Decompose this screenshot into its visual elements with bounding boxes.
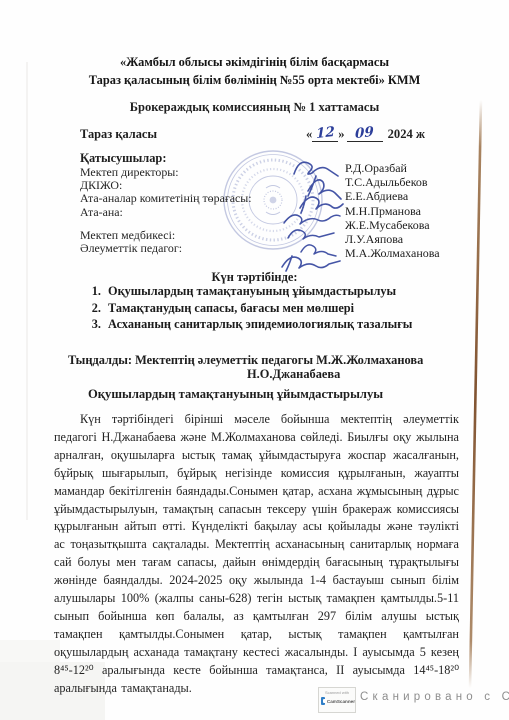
participant-name: М.Н.Прманова <box>345 204 440 218</box>
signature <box>282 256 340 271</box>
protocol-title: Брокераждық комиссияның № 1 хаттамасы <box>0 100 509 115</box>
agenda-heading: Күн тәртібінде: <box>0 270 509 285</box>
participants-labels: Мектеп директоры: ДКІЖО: Ата-аналар коми… <box>80 166 252 255</box>
participants-names: Р.Д.Оразбай Т.С.Адыльбеков Е.Е.Абдиева М… <box>345 161 440 260</box>
org-name-line2: Тараз қаласының білім бөлімінің №55 орта… <box>0 71 509 89</box>
org-name-line1: «Жамбыл облысы әкімдігінің білім басқарм… <box>0 53 509 71</box>
participant-label: Ата-ана: <box>80 206 252 219</box>
camscanner-watermark-text: Сканировано с CamScanner <box>360 691 509 703</box>
agenda-item: Оқушылардың тамақтануының ұйымдастырылуы <box>104 284 412 299</box>
heard-line2: Н.О.Джанабаева <box>247 367 340 382</box>
date-block: «12»092024 ж <box>306 125 425 142</box>
handwritten-month: 09 <box>355 124 374 142</box>
participant-name: Ж.Е.Мусабекова <box>345 218 440 232</box>
month-slot: 09 <box>347 125 383 142</box>
participant-name: М.А.Жолмаханова <box>345 246 440 260</box>
participant-label: Әлеуметтік педагог: <box>80 242 252 255</box>
participants-heading: Қатысушылар: <box>80 151 166 166</box>
participant-name: Л.У.Аяпова <box>345 232 440 246</box>
section-body-paragraph: Күн тәртібіндегі бірінші мәселе бойынша … <box>54 411 459 698</box>
participant-name: Е.Е.Абдиева <box>345 189 440 203</box>
city-label: Тараз қаласы <box>80 127 157 142</box>
scanned-document-page: «Жамбыл облысы әкімдігінің білім басқарм… <box>0 0 509 720</box>
close-quote: » <box>338 127 344 141</box>
handwritten-day: 12 <box>316 124 335 142</box>
agenda-item: Тамақтанудың сапасы, бағасы мен мөлшері <box>104 301 412 316</box>
section-heading: Оқушылардың тамақтануының ұйымдастырылуы <box>88 387 383 402</box>
heard-line1: Тыңдалды: Мектептің әлеуметтік педагогы … <box>68 353 423 368</box>
participant-label: Ата-аналар комитетінің төрағасы: <box>80 192 252 205</box>
year-label: 2024 ж <box>388 127 425 141</box>
org-header: «Жамбыл облысы әкімдігінің білім басқарм… <box>0 53 509 89</box>
badge-scanned-with-label: Scanned with <box>319 690 355 695</box>
badge-camscanner-label: CamScanner <box>327 699 355 704</box>
agenda-list: Оқушылардың тамақтануының ұйымдастырылуы… <box>86 284 412 334</box>
camscanner-badge: Scanned with CamScanner <box>318 687 356 713</box>
day-slot: 12 <box>312 125 338 142</box>
participant-name: Т.С.Адыльбеков <box>345 175 440 189</box>
participant-name: Р.Д.Оразбай <box>345 161 440 175</box>
page-fold-line <box>470 98 481 688</box>
agenda-item: Асхананың санитарлық эпидемиологиялық та… <box>104 317 412 332</box>
camscanner-logo-icon <box>321 697 325 705</box>
